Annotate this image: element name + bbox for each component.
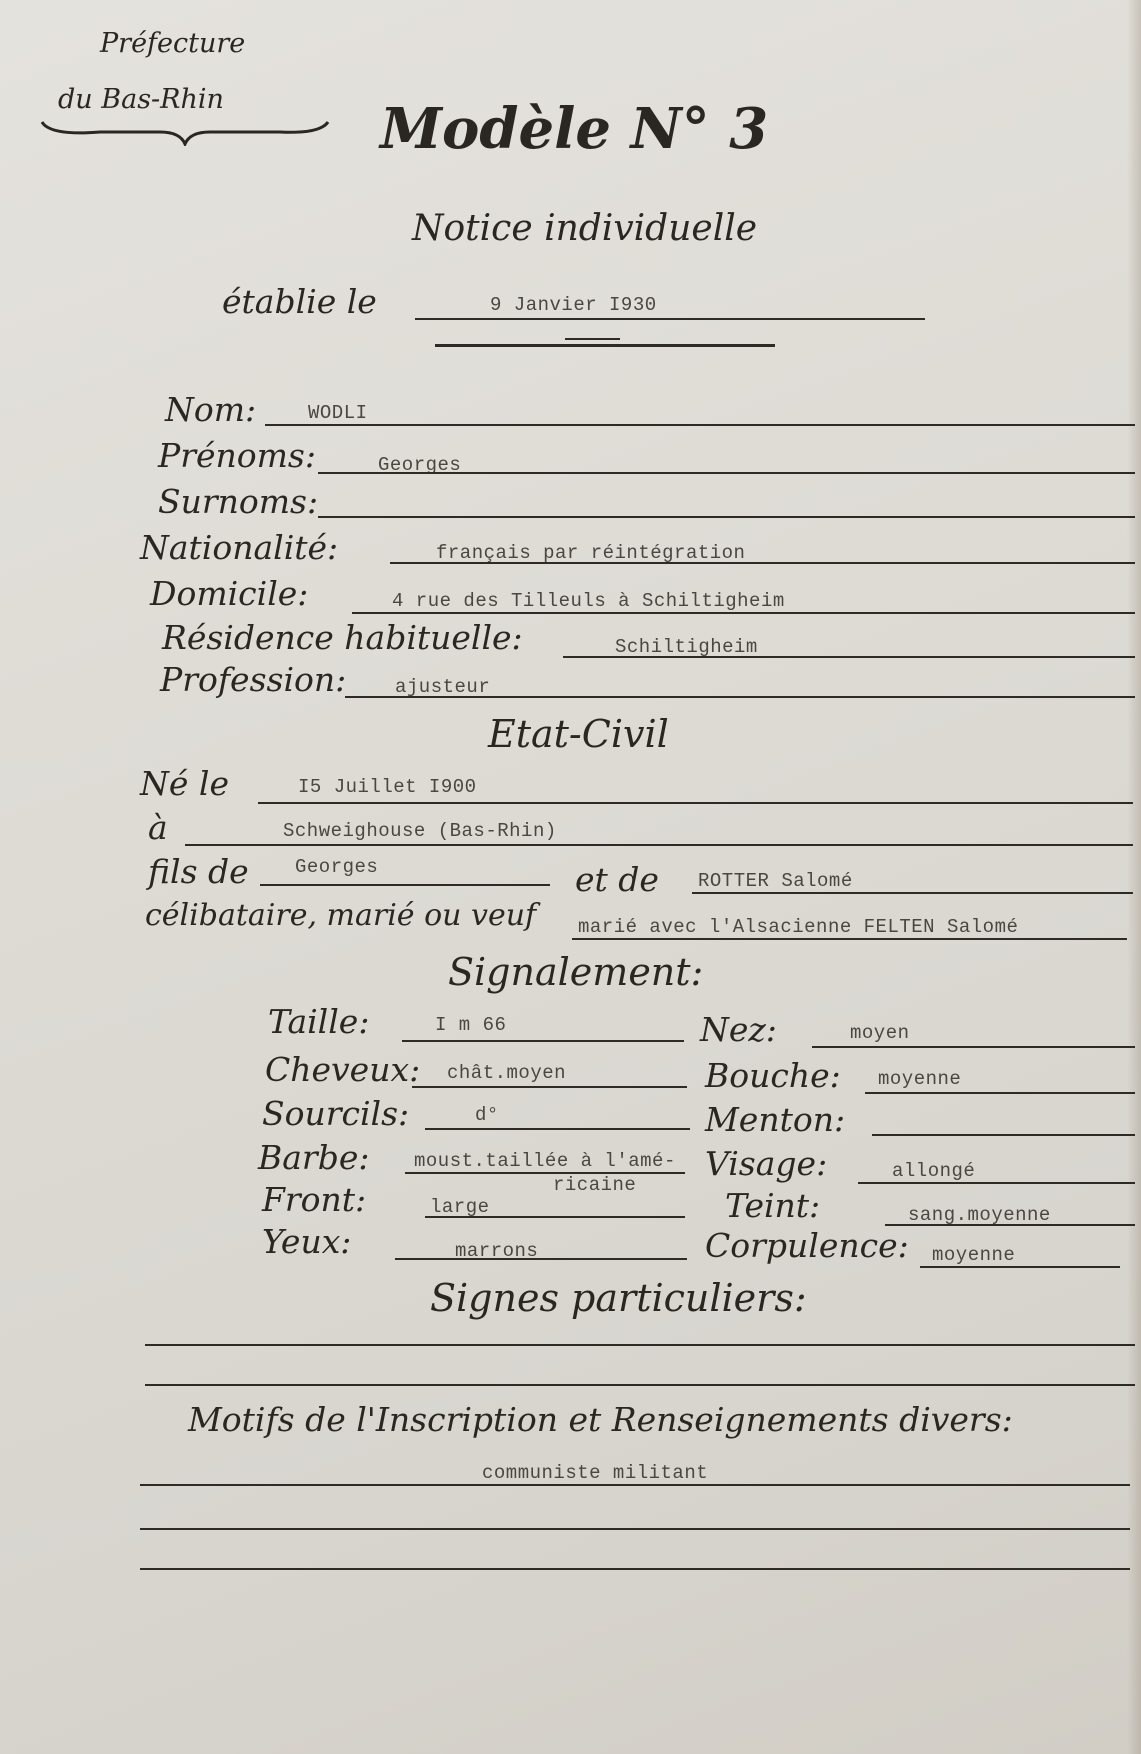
prenoms-rule [318, 472, 1135, 474]
residence-rule [563, 656, 1135, 658]
visage-rule [858, 1182, 1135, 1184]
bouche-value: moyenne [878, 1068, 961, 1090]
teint-label: Teint: [725, 1186, 820, 1225]
signes-rule-2 [145, 1384, 1135, 1386]
ne-le-label: Né le [140, 764, 229, 803]
motifs-heading: Motifs de l'Inscription et Renseignement… [188, 1400, 1013, 1439]
etablie-value: 9 Janvier I930 [490, 294, 657, 316]
document-page: Préfecture du Bas-Rhin Modèle N° 3 Notic… [0, 0, 1141, 1754]
visage-label: Visage: [705, 1144, 827, 1183]
fils-de-label: fils de [148, 852, 249, 891]
etablie-rule [415, 318, 925, 320]
taille-value: I m 66 [435, 1014, 506, 1036]
surnoms-rule [318, 516, 1135, 518]
statut-label: célibataire, marié ou veuf [145, 898, 536, 933]
barbe-value: moust.taillée à l'amé- [414, 1150, 676, 1172]
paper-edge-shadow [1127, 0, 1141, 1754]
bouche-label: Bouche: [705, 1056, 841, 1095]
front-value: large [430, 1196, 490, 1218]
nom-rule [265, 424, 1135, 426]
form-title: Modèle N° 3 [380, 96, 768, 162]
front-label: Front: [262, 1180, 366, 1219]
header-divider-mark [565, 338, 620, 340]
visage-value: allongé [892, 1160, 975, 1182]
nom-value: WODLI [308, 402, 368, 424]
profession-value: ajusteur [395, 676, 490, 698]
domicile-value: 4 rue des Tilleuls à Schiltigheim [392, 590, 785, 612]
motifs-rule-2 [140, 1528, 1130, 1530]
menton-label: Menton: [705, 1100, 845, 1139]
nationalite-rule [390, 562, 1135, 564]
ne-le-value: I5 Juillet I900 [298, 776, 477, 798]
prenoms-label: Prénoms: [158, 436, 316, 475]
residence-label: Résidence habituelle: [162, 618, 523, 657]
profession-label: Profession: [160, 660, 346, 699]
a-rule [185, 844, 1133, 846]
sourcils-rule [425, 1128, 690, 1130]
nationalite-value: français par réintégration [436, 542, 745, 564]
cheveux-value: chât.moyen [447, 1062, 566, 1084]
taille-label: Taille: [268, 1002, 369, 1041]
et-de-value: ROTTER Salomé [698, 870, 853, 892]
prefecture-brace-decoration [40, 118, 330, 146]
corpulence-rule [920, 1266, 1120, 1268]
nez-value: moyen [850, 1022, 910, 1044]
a-value: Schweighouse (Bas-Rhin) [283, 820, 557, 842]
surnoms-label: Surnoms: [158, 482, 318, 521]
teint-value: sang.moyenne [908, 1204, 1051, 1226]
barbe-value-continued: ricaine [553, 1174, 636, 1196]
front-rule [425, 1216, 685, 1218]
motifs-rule-3 [140, 1568, 1130, 1570]
motifs-rule-1 [140, 1484, 1130, 1486]
barbe-rule [405, 1172, 685, 1174]
nationalite-label: Nationalité: [140, 528, 338, 567]
signalement-heading: Signalement: [448, 950, 703, 994]
teint-rule [885, 1224, 1135, 1226]
corpulence-label: Corpulence: [705, 1226, 909, 1265]
nez-label: Nez: [700, 1010, 777, 1049]
fils-de-rule [260, 884, 550, 886]
corpulence-value: moyenne [932, 1244, 1015, 1266]
et-de-rule [692, 892, 1133, 894]
et-de-label: et de [575, 860, 659, 899]
yeux-label: Yeux: [262, 1222, 351, 1261]
motifs-value: communiste militant [482, 1462, 708, 1484]
fils-de-value: Georges [295, 856, 378, 878]
barbe-label: Barbe: [258, 1138, 369, 1177]
yeux-rule [395, 1258, 687, 1260]
taille-rule [402, 1040, 684, 1042]
etat-civil-heading: Etat-Civil [488, 712, 669, 756]
a-label: à [148, 808, 168, 847]
statut-rule [572, 938, 1127, 940]
nez-rule [812, 1046, 1135, 1048]
etablie-label: établie le [222, 282, 377, 321]
sourcils-value: d° [475, 1104, 499, 1126]
domicile-rule [352, 612, 1135, 614]
domicile-label: Domicile: [150, 574, 308, 613]
statut-value: marié avec l'Alsacienne FELTEN Salomé [578, 916, 1018, 938]
bouche-rule [865, 1092, 1135, 1094]
profession-rule [345, 696, 1135, 698]
residence-value: Schiltigheim [615, 636, 758, 658]
menton-rule [872, 1134, 1135, 1136]
signes-heading: Signes particuliers: [430, 1276, 807, 1320]
cheveux-label: Cheveux: [265, 1050, 420, 1089]
prefecture-line2: du Bas-Rhin [58, 84, 224, 115]
form-subtitle: Notice individuelle [412, 208, 757, 249]
ne-le-rule [258, 802, 1133, 804]
header-divider [435, 344, 775, 347]
sourcils-label: Sourcils: [262, 1094, 409, 1133]
prefecture-line1: Préfecture [100, 28, 245, 59]
nom-label: Nom: [165, 390, 256, 429]
signes-rule-1 [145, 1344, 1135, 1346]
cheveux-rule [412, 1086, 687, 1088]
